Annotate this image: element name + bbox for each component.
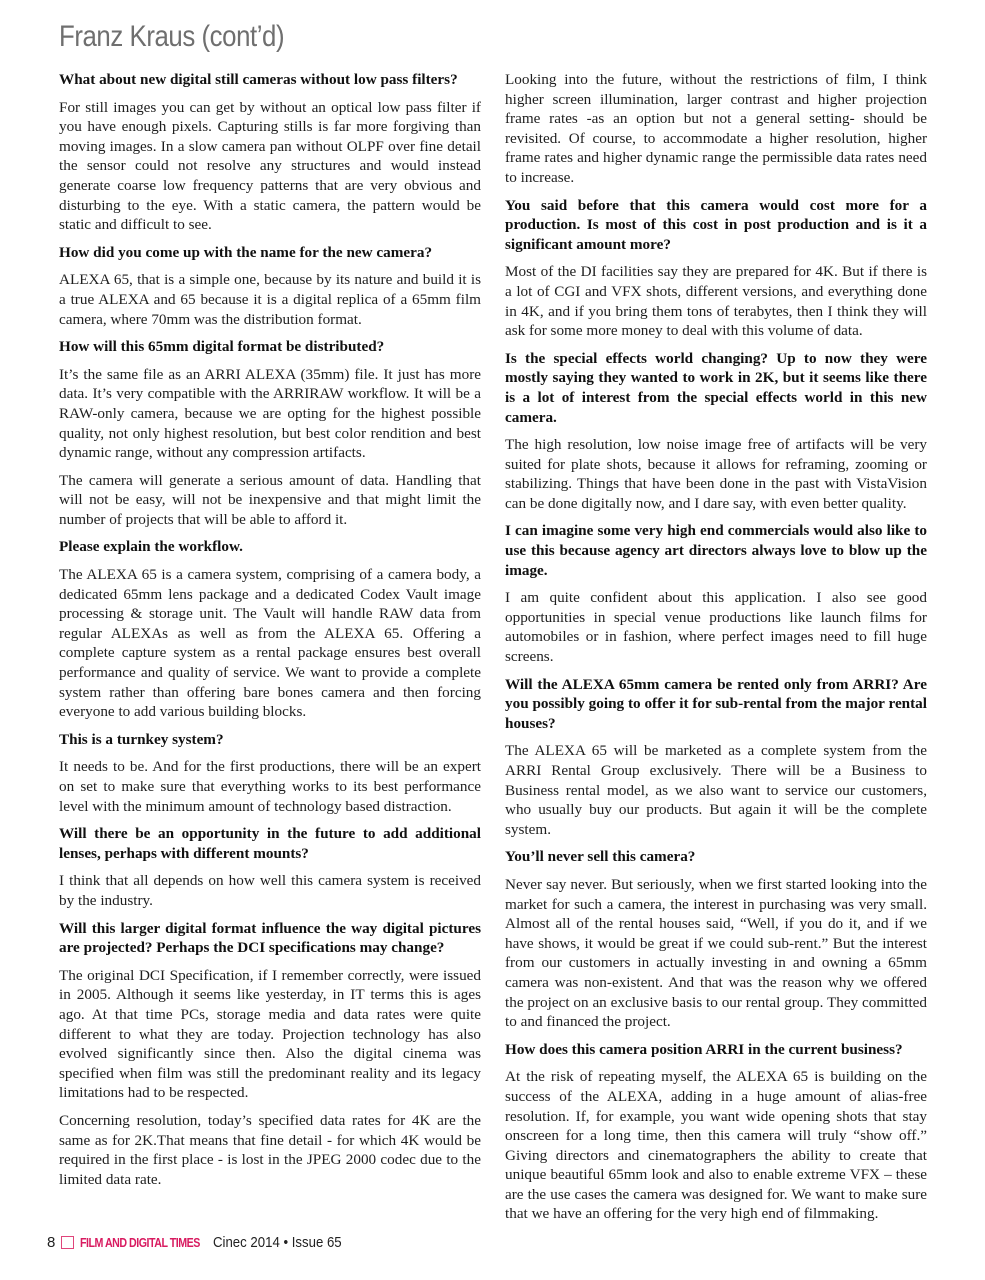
answer: Never say never. But seriously, when we … bbox=[505, 875, 927, 1032]
question: Please explain the workflow. bbox=[59, 537, 481, 557]
answer: Most of the DI facilities say they are p… bbox=[505, 262, 927, 340]
question: Will the ALEXA 65mm camera be rented onl… bbox=[505, 675, 927, 734]
answer: Concerning resolution, today’s specified… bbox=[59, 1111, 481, 1189]
question: You said before that this camera would c… bbox=[505, 196, 927, 255]
answer: It’s the same file as an ARRI ALEXA (35m… bbox=[59, 365, 481, 463]
publication-logo: FILM AND DIGITAL TIMES bbox=[80, 1235, 200, 1250]
answer: The ALEXA 65 is a camera system, compris… bbox=[59, 565, 481, 722]
page-title: Franz Kraus (cont’d) bbox=[59, 20, 284, 54]
answer: I am quite confident about this applicat… bbox=[505, 588, 927, 666]
answer: It needs to be. And for the first produc… bbox=[59, 757, 481, 816]
question: Is the special effects world changing? U… bbox=[505, 349, 927, 427]
issue-label: Cinec 2014 • Issue 65 bbox=[213, 1234, 342, 1251]
page-number: 8 bbox=[47, 1234, 55, 1251]
question: How does this camera position ARRI in th… bbox=[505, 1040, 927, 1060]
question: I can imagine some very high end commerc… bbox=[505, 521, 927, 580]
answer: The high resolution, low noise image fre… bbox=[505, 435, 927, 513]
question: How did you come up with the name for th… bbox=[59, 243, 481, 263]
square-box-icon bbox=[61, 1236, 74, 1249]
question: You’ll never sell this camera? bbox=[505, 847, 927, 867]
page-footer: 8 FILM AND DIGITAL TIMES Cinec 2014 • Is… bbox=[47, 1234, 359, 1251]
question: What about new digital still cameras wit… bbox=[59, 70, 481, 90]
left-column: What about new digital still cameras wit… bbox=[59, 70, 481, 1197]
answer: The ALEXA 65 will be marketed as a compl… bbox=[505, 741, 927, 839]
answer: At the risk of repeating myself, the ALE… bbox=[505, 1067, 927, 1224]
answer: The original DCI Specification, if I rem… bbox=[59, 966, 481, 1103]
question: This is a turnkey system? bbox=[59, 730, 481, 750]
right-column: Looking into the future, without the res… bbox=[505, 70, 927, 1232]
answer: For still images you can get by without … bbox=[59, 98, 481, 235]
answer: ALEXA 65, that is a simple one, because … bbox=[59, 270, 481, 329]
answer: I think that all depends on how well thi… bbox=[59, 871, 481, 910]
answer: Looking into the future, without the res… bbox=[505, 70, 927, 188]
answer: The camera will generate a serious amoun… bbox=[59, 471, 481, 530]
question: Will this larger digital format influenc… bbox=[59, 919, 481, 958]
question: Will there be an opportunity in the futu… bbox=[59, 824, 481, 863]
question: How will this 65mm digital format be dis… bbox=[59, 337, 481, 357]
